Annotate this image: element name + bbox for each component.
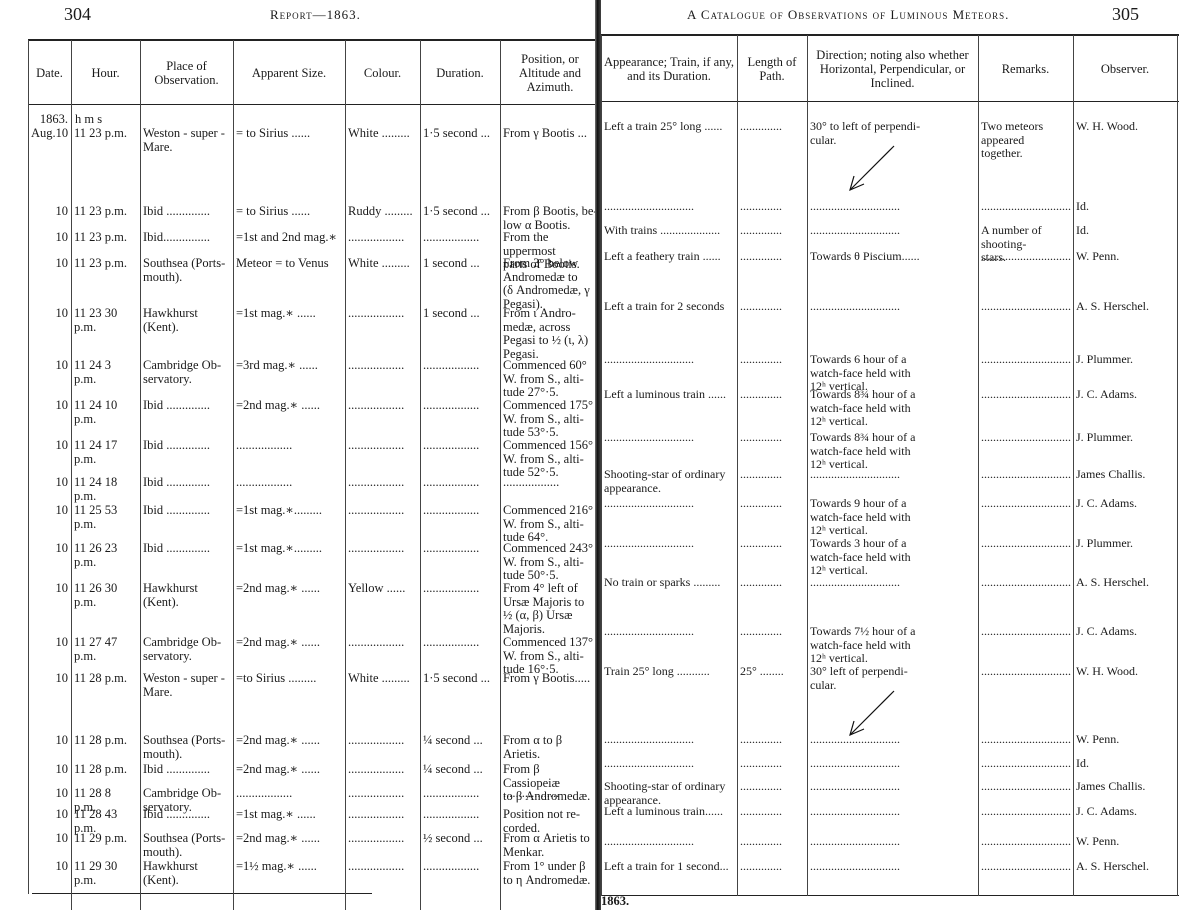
cell-duration: ..................: [423, 439, 499, 453]
cell-colour: ..................: [348, 787, 419, 801]
hour-units-label: h m s: [75, 113, 102, 127]
year-label: 1863.: [28, 113, 68, 127]
cell-hour: 11 28 p.m.: [74, 734, 139, 748]
cell-observer: J. C. Adams.: [1076, 625, 1176, 639]
cell-date: 10: [31, 582, 68, 596]
cell-length: ..............: [740, 200, 806, 214]
cell-place: Cambridge Ob- servatory.: [143, 359, 232, 386]
cell-hour: 11 24 10 p.m.: [74, 399, 139, 426]
cell-position: Commenced 216° W. from S., alti- tude 64…: [503, 504, 597, 545]
cell-appearance: Left a train for 1 second...: [604, 860, 736, 874]
cell-observer: W. H. Wood.: [1076, 665, 1176, 679]
cell-length: ..............: [740, 780, 806, 794]
cell-hour: 11 25 53 p.m.: [74, 504, 139, 531]
cell-observer: J. Plummer.: [1076, 431, 1176, 445]
cell-position: ..................: [503, 787, 597, 801]
cell-date: 10: [31, 307, 68, 321]
cell-place: Ibid ..............: [143, 476, 232, 490]
cell-hour: 11 23 p.m.: [74, 205, 139, 219]
cell-colour: ..................: [348, 399, 419, 413]
cell-direction: Towards 8¾ hour of a watch-face held wit…: [810, 431, 977, 472]
cell-duration: 1 second ...: [423, 257, 499, 271]
cell-observer: J. C. Adams.: [1076, 388, 1176, 402]
header-bottom-rule-right: [601, 101, 1179, 102]
cell-length: ..............: [740, 497, 806, 511]
table-top-rule-right: [601, 34, 1179, 36]
cell-length: ..............: [740, 860, 806, 874]
cell-hour: 11 29 p.m.: [74, 832, 139, 846]
cell-size: =1st mag.∗ ......: [236, 307, 344, 321]
cell-size: =1st and 2nd mag.∗: [236, 231, 344, 245]
column-divider: [233, 40, 234, 910]
cell-place: Weston - super - Mare.: [143, 127, 232, 154]
cell-colour: ..................: [348, 860, 419, 874]
cell-date: 10: [31, 399, 68, 413]
cell-date: 10: [31, 832, 68, 846]
cell-direction: Towards 9 hour of a watch-face held with…: [810, 497, 977, 538]
cell-length: ..............: [740, 388, 806, 402]
cell-remarks: ..............................: [981, 250, 1072, 264]
cell-colour: White .........: [348, 672, 419, 686]
cell-colour: ..................: [348, 808, 419, 822]
column-header: Apparent Size.: [233, 42, 345, 104]
cell-place: Southsea (Ports- mouth).: [143, 257, 232, 284]
cell-size: =to Sirius .........: [236, 672, 344, 686]
cell-observer: J. Plummer.: [1076, 537, 1176, 551]
cell-duration: ..................: [423, 787, 499, 801]
cell-duration: ..................: [423, 476, 499, 490]
cell-date: 10: [31, 787, 68, 801]
cell-duration: ..................: [423, 399, 499, 413]
cell-colour: ..................: [348, 231, 419, 245]
cell-duration: ..................: [423, 359, 499, 373]
column-header: Colour.: [345, 42, 420, 104]
cell-place: Ibid ..............: [143, 399, 232, 413]
table-bottom-rule-right: [601, 895, 1179, 896]
footer-fragment: 1863.: [601, 895, 629, 909]
cell-size: =2nd mag.∗ ......: [236, 734, 344, 748]
cell-observer: Id.: [1076, 200, 1176, 214]
cell-length: ..............: [740, 576, 806, 590]
cell-colour: White .........: [348, 257, 419, 271]
cell-colour: White .........: [348, 127, 419, 141]
cell-observer: A. S. Herschel.: [1076, 576, 1176, 590]
cell-colour: ..................: [348, 504, 419, 518]
cell-date: 10: [31, 439, 68, 453]
cell-length: ..............: [740, 757, 806, 771]
column-divider: [420, 40, 421, 910]
cell-position: From α Arietis to Menkar.: [503, 832, 597, 859]
cell-place: Cambridge Ob- servatory.: [143, 636, 232, 663]
cell-duration: ½ second ...: [423, 832, 499, 846]
cell-date: 10: [31, 257, 68, 271]
cell-date: 10: [31, 542, 68, 556]
cell-appearance: ..............................: [604, 431, 736, 445]
cell-direction: ..............................: [810, 468, 977, 482]
cell-remarks: ..............................: [981, 835, 1072, 849]
cell-appearance: Shooting-star of ordinary appearance.: [604, 468, 736, 495]
cell-date: Aug.10: [31, 127, 68, 141]
cell-observer: W. Penn.: [1076, 733, 1176, 747]
cell-remarks: ..............................: [981, 388, 1072, 402]
cell-hour: 11 26 23 p.m.: [74, 542, 139, 569]
column-header: Hour.: [71, 42, 140, 104]
column-divider: [71, 40, 72, 910]
table-bottom-rule: [32, 893, 372, 894]
cell-length: ..............: [740, 835, 806, 849]
cell-appearance: With trains ....................: [604, 224, 736, 238]
cell-remarks: ..............................: [981, 431, 1072, 445]
column-header: Duration.: [420, 42, 500, 104]
cell-size: =1st mag.∗.........: [236, 542, 344, 556]
column-header: Length of Path.: [737, 37, 807, 101]
cell-direction: ..............................: [810, 733, 977, 747]
column-divider: [500, 40, 501, 910]
direction-arrow-icon: [842, 142, 902, 202]
cell-direction: ..............................: [810, 200, 977, 214]
cell-observer: Id.: [1076, 757, 1176, 771]
cell-date: 10: [31, 734, 68, 748]
cell-hour: 11 23 p.m.: [74, 231, 139, 245]
cell-size: =2nd mag.∗ ......: [236, 636, 344, 650]
cell-duration: 1·5 second ...: [423, 127, 499, 141]
cell-length: ..............: [740, 300, 806, 314]
cell-duration: ..................: [423, 582, 499, 596]
cell-date: 10: [31, 808, 68, 822]
cell-appearance: ..............................: [604, 757, 736, 771]
cell-appearance: Shooting-star of ordinary appearance.: [604, 780, 736, 807]
cell-length: ..............: [740, 224, 806, 238]
cell-position: From 4° left of Ursæ Majoris to ½ (α, β)…: [503, 582, 597, 636]
cell-place: Ibid ..............: [143, 808, 232, 822]
cell-place: Ibid ..............: [143, 504, 232, 518]
cell-size: =2nd mag.∗ ......: [236, 399, 344, 413]
cell-size: =1½ mag.∗ ......: [236, 860, 344, 874]
cell-place: Ibid ..............: [143, 205, 232, 219]
cell-appearance: Left a train for 2 seconds: [604, 300, 736, 314]
cell-duration: 1·5 second ...: [423, 205, 499, 219]
column-divider: [345, 40, 346, 910]
column-divider: [28, 40, 29, 894]
cell-position: ..................: [503, 476, 597, 490]
column-header: Date.: [28, 42, 71, 104]
cell-remarks: ..............................: [981, 468, 1072, 482]
cell-hour: 11 24 18 p.m.: [74, 476, 139, 503]
cell-length: ..............: [740, 120, 806, 134]
cell-colour: Yellow ......: [348, 582, 419, 596]
cell-position: From α to β Arietis.: [503, 734, 597, 761]
column-divider: [978, 35, 979, 896]
cell-size: =2nd mag.∗ ......: [236, 582, 344, 596]
cell-length: ..............: [740, 250, 806, 264]
cell-remarks: ..............................: [981, 665, 1072, 679]
cell-colour: ..................: [348, 359, 419, 373]
cell-colour: Ruddy .........: [348, 205, 419, 219]
cell-colour: ..................: [348, 439, 419, 453]
cell-place: Southsea (Ports- mouth).: [143, 832, 232, 859]
cell-hour: 11 24 3 p.m.: [74, 359, 139, 386]
cell-duration: ..................: [423, 808, 499, 822]
cell-date: 10: [31, 504, 68, 518]
cell-observer: W. Penn.: [1076, 250, 1176, 264]
cell-appearance: ..............................: [604, 497, 736, 511]
cell-hour: 11 23 p.m.: [74, 127, 139, 141]
cell-colour: ..................: [348, 636, 419, 650]
cell-length: ..............: [740, 537, 806, 551]
cell-remarks: ..............................: [981, 353, 1072, 367]
cell-direction: Towards θ Piscium......: [810, 250, 977, 264]
cell-place: Hawkhurst (Kent).: [143, 307, 232, 334]
cell-size: =1st mag.∗ ......: [236, 808, 344, 822]
cell-date: 10: [31, 636, 68, 650]
cell-place: Southsea (Ports- mouth).: [143, 734, 232, 761]
cell-hour: 11 27 47 p.m.: [74, 636, 139, 663]
cell-duration: ..................: [423, 860, 499, 874]
cell-duration: 1 second ...: [423, 307, 499, 321]
cell-position: Commenced 175° W. from S., alti- tude 53…: [503, 399, 597, 440]
cell-date: 10: [31, 763, 68, 777]
cell-size: = to Sirius ......: [236, 205, 344, 219]
cell-appearance: Left a luminous train......: [604, 805, 736, 819]
cell-length: ..............: [740, 805, 806, 819]
cell-observer: W. H. Wood.: [1076, 120, 1176, 134]
cell-hour: 11 26 30 p.m.: [74, 582, 139, 609]
cell-colour: ..................: [348, 763, 419, 777]
table-top-rule: [28, 39, 597, 41]
cell-colour: ..................: [348, 832, 419, 846]
cell-size: ..................: [236, 439, 344, 453]
cell-appearance: Train 25° long ...........: [604, 665, 736, 679]
cell-position: From 3° below Andromedæ to (δ Andromedæ,…: [503, 257, 597, 311]
cell-date: 10: [31, 359, 68, 373]
cell-direction: ..............................: [810, 224, 977, 238]
cell-position: Commenced 60° W. from S., alti- tude 27°…: [503, 359, 597, 400]
cell-appearance: Left a luminous train ......: [604, 388, 736, 402]
cell-place: Hawkhurst (Kent).: [143, 860, 232, 887]
cell-duration: ¼ second ...: [423, 763, 499, 777]
cell-observer: Id.: [1076, 224, 1176, 238]
column-divider: [601, 35, 602, 896]
cell-size: =2nd mag.∗ ......: [236, 832, 344, 846]
cell-position: From ι Andro- medæ, across Pegasi to ½ (…: [503, 307, 597, 361]
column-divider: [1177, 35, 1178, 896]
cell-remarks: ..............................: [981, 733, 1072, 747]
header-bottom-rule: [28, 104, 597, 105]
cell-place: Ibid ..............: [143, 542, 232, 556]
cell-hour: 11 28 p.m.: [74, 763, 139, 777]
cell-observer: A. S. Herschel.: [1076, 300, 1176, 314]
cell-size: ..................: [236, 787, 344, 801]
cell-remarks: Two meteors appeared together.: [981, 120, 1072, 161]
cell-appearance: ..............................: [604, 200, 736, 214]
cell-length: ..............: [740, 468, 806, 482]
cell-direction: ..............................: [810, 300, 977, 314]
cell-appearance: ..............................: [604, 537, 736, 551]
cell-place: Ibid ..............: [143, 763, 232, 777]
cell-duration: ..................: [423, 542, 499, 556]
right-page: A Catalogue of Observations of Luminous …: [597, 0, 1200, 910]
cell-size: =3rd mag.∗ ......: [236, 359, 344, 373]
column-header: Observer.: [1073, 37, 1177, 101]
page-number-left: 304: [64, 4, 91, 25]
cell-appearance: ..............................: [604, 353, 736, 367]
cell-direction: ..............................: [810, 860, 977, 874]
page-number-right: 305: [1112, 4, 1139, 25]
cell-size: ..................: [236, 476, 344, 490]
running-head-left: Report—1863.: [270, 7, 361, 23]
cell-observer: J. C. Adams.: [1076, 497, 1176, 511]
cell-size: = to Sirius ......: [236, 127, 344, 141]
running-head-right: A Catalogue of Observations of Luminous …: [687, 7, 1009, 23]
cell-duration: ¼ second ...: [423, 734, 499, 748]
cell-colour: ..................: [348, 307, 419, 321]
cell-length: ..............: [740, 431, 806, 445]
cell-remarks: ..............................: [981, 537, 1072, 551]
cell-remarks: ..............................: [981, 497, 1072, 511]
cell-place: Hawkhurst (Kent).: [143, 582, 232, 609]
cell-direction: ..............................: [810, 757, 977, 771]
cell-observer: James Challis.: [1076, 780, 1176, 794]
cell-remarks: ..............................: [981, 805, 1072, 819]
cell-duration: 1·5 second ...: [423, 672, 499, 686]
cell-hour: 11 28 p.m.: [74, 672, 139, 686]
cell-date: 10: [31, 672, 68, 686]
cell-direction: ..............................: [810, 835, 977, 849]
column-divider: [807, 35, 808, 896]
cell-appearance: No train or sparks .........: [604, 576, 736, 590]
cell-direction: ..............................: [810, 576, 977, 590]
cell-remarks: ..............................: [981, 780, 1072, 794]
cell-appearance: Left a feathery train ......: [604, 250, 736, 264]
cell-size: =1st mag.∗.........: [236, 504, 344, 518]
column-divider: [1073, 35, 1074, 896]
cell-date: 10: [31, 476, 68, 490]
cell-observer: J. C. Adams.: [1076, 805, 1176, 819]
column-divider: [140, 40, 141, 910]
cell-hour: 11 24 17 p.m.: [74, 439, 139, 466]
cell-direction: Towards 7½ hour of a watch-face held wit…: [810, 625, 977, 666]
cell-observer: A. S. Herschel.: [1076, 860, 1176, 874]
cell-appearance: ..............................: [604, 733, 736, 747]
cell-hour: 11 23 p.m.: [74, 257, 139, 271]
cell-appearance: ..............................: [604, 835, 736, 849]
column-header: Position, or Altitude and Azimuth.: [500, 42, 597, 104]
cell-size: Meteor = to Venus: [236, 257, 344, 271]
cell-remarks: ..............................: [981, 625, 1072, 639]
cell-length: ..............: [740, 625, 806, 639]
cell-length: ..............: [740, 733, 806, 747]
cell-remarks: ..............................: [981, 576, 1072, 590]
cell-duration: ..................: [423, 636, 499, 650]
cell-remarks: ..............................: [981, 200, 1072, 214]
cell-direction: ..............................: [810, 780, 977, 794]
cell-position: Commenced 243° W. from S., alti- tude 50…: [503, 542, 597, 583]
cell-place: Ibid ..............: [143, 439, 232, 453]
cell-date: 10: [31, 231, 68, 245]
cell-duration: ..................: [423, 504, 499, 518]
column-header: Place of Observation.: [140, 42, 233, 104]
cell-colour: ..................: [348, 476, 419, 490]
cell-length: 25° ........: [740, 665, 806, 679]
cell-size: =2nd mag.∗ ......: [236, 763, 344, 777]
cell-position: From 1° under β to η Andromedæ.: [503, 860, 597, 887]
cell-date: 10: [31, 860, 68, 874]
cell-place: Ibid...............: [143, 231, 232, 245]
cell-direction: Towards 3 hour of a watch-face held with…: [810, 537, 977, 578]
cell-position: From β Bootis, be- low α Bootis.: [503, 205, 597, 232]
cell-remarks: ..............................: [981, 860, 1072, 874]
cell-observer: James Challis.: [1076, 468, 1176, 482]
cell-direction: Towards 8¾ hour of a watch-face held wit…: [810, 388, 977, 429]
cell-position: From γ Bootis ...: [503, 127, 597, 141]
cell-remarks: ..............................: [981, 757, 1072, 771]
cell-appearance: ..............................: [604, 625, 736, 639]
cell-appearance: Left a train 25° long ......: [604, 120, 736, 134]
cell-observer: J. Plummer.: [1076, 353, 1176, 367]
cell-observer: W. Penn.: [1076, 835, 1176, 849]
column-divider: [737, 35, 738, 896]
left-page: 304 Report—1863. Date.Hour.Place of Obse…: [0, 0, 597, 910]
cell-remarks: ..............................: [981, 300, 1072, 314]
cell-date: 10: [31, 205, 68, 219]
cell-hour: 11 23 30 p.m.: [74, 307, 139, 334]
cell-duration: ..................: [423, 231, 499, 245]
cell-colour: ..................: [348, 734, 419, 748]
cell-hour: 11 29 30 p.m.: [74, 860, 139, 887]
cell-length: ..............: [740, 353, 806, 367]
column-header: Appearance; Train, if any, and its Durat…: [601, 37, 737, 101]
cell-direction: ..............................: [810, 805, 977, 819]
cell-colour: ..................: [348, 542, 419, 556]
cell-place: Weston - super - Mare.: [143, 672, 232, 699]
column-header: Remarks.: [978, 37, 1073, 101]
cell-position: From γ Bootis.....: [503, 672, 597, 686]
column-header: Direction; noting also whether Horizonta…: [807, 37, 978, 101]
cell-position: Commenced 156° W. from S., alti- tude 52…: [503, 439, 597, 480]
